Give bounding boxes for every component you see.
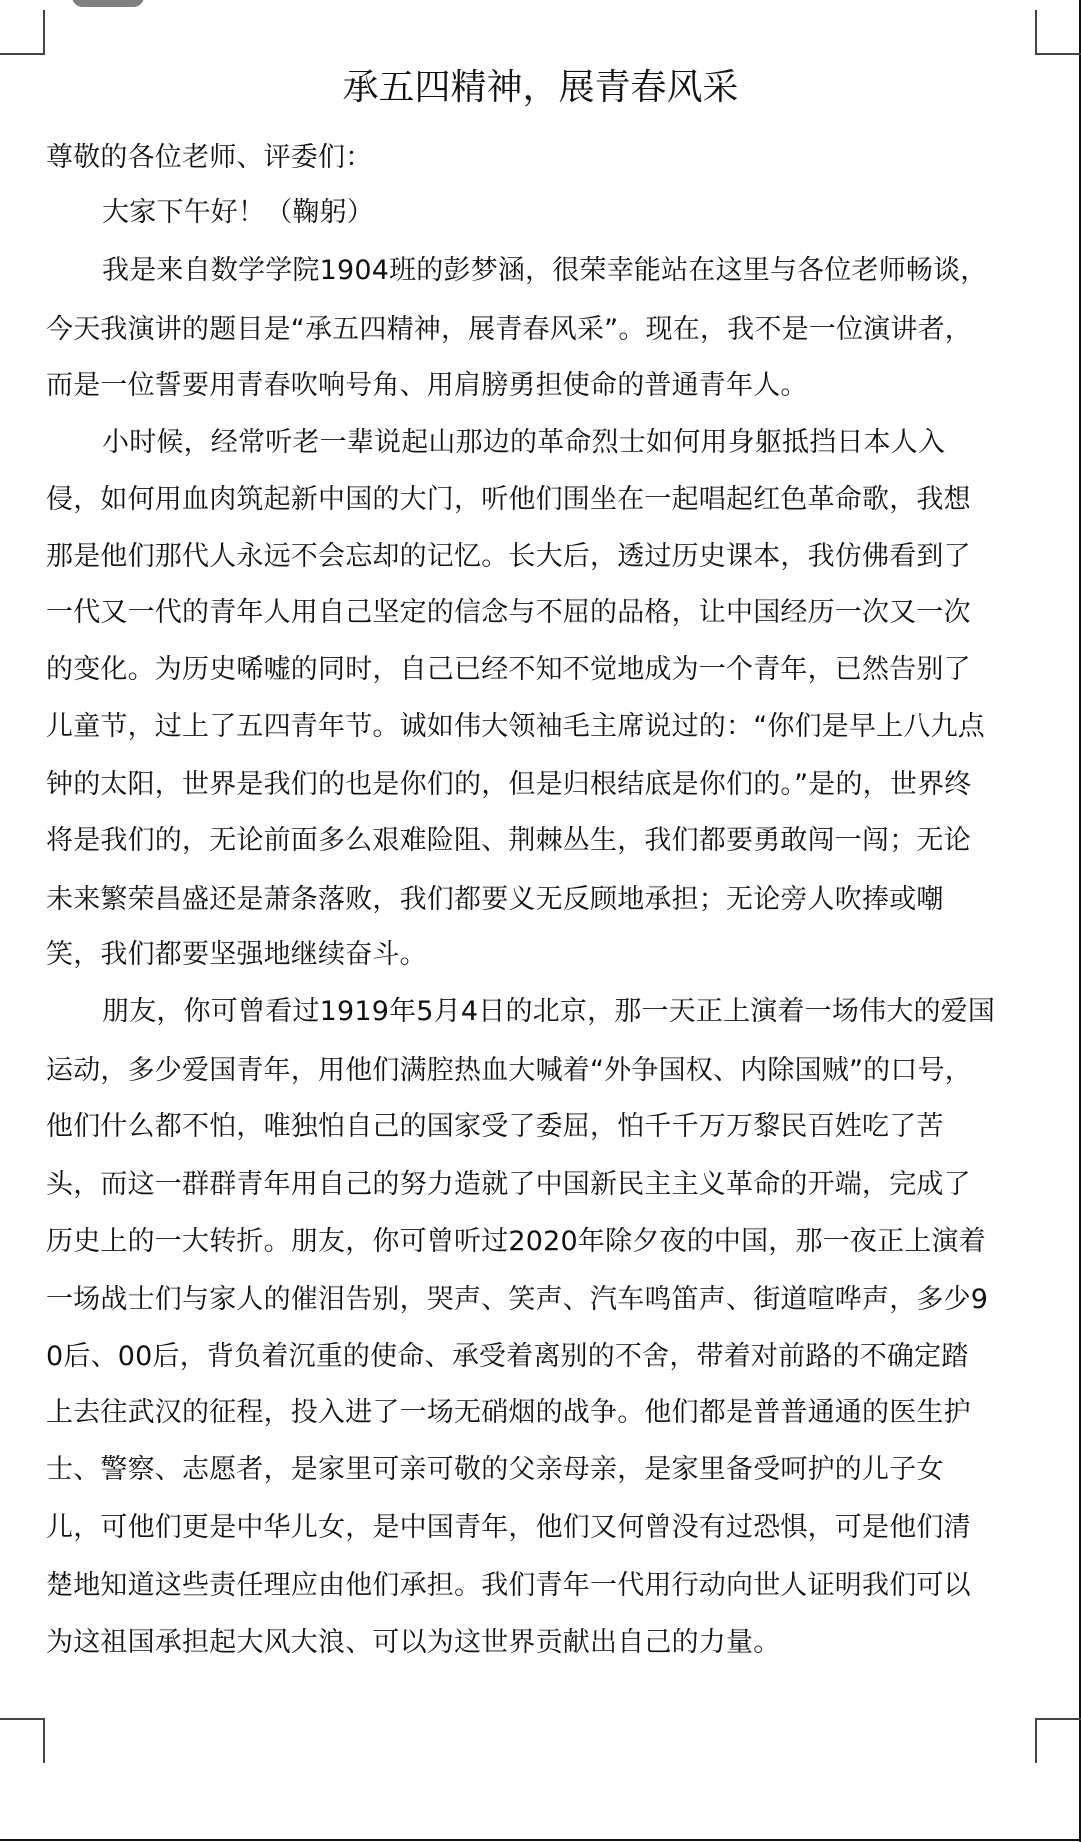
text-line: 一代又一代的青年人用自己坚定的信念与不屈的品格，让中国经历一次又一次 xyxy=(46,595,971,631)
text-line: 笑，我们都要坚强地继续奋斗。 xyxy=(46,937,427,973)
margin-corner-top-right xyxy=(1035,10,1081,55)
document-title: 承五四精神，展青春风采 xyxy=(0,66,1081,110)
text-line: 上去往武汉的征程，投入进了一场无硝烟的战争。他们都是普普通通的医生护 xyxy=(46,1395,971,1431)
text-line: 头，而这一群群青年用自己的努力造就了中国新民主主义革命的开端，完成了 xyxy=(46,1167,971,1203)
text-line: 楚地知道这些责任理应由他们承担。我们青年一代用行动向世人证明我们可以 xyxy=(46,1568,971,1604)
text-line: 钟的太阳，世界是我们的也是你们的，但是归根结底是你们的。”是的，世界终 xyxy=(46,767,972,803)
text-line: 他们什么都不怕，唯独怕自己的国家受了委屈，怕千千万万黎民百姓吃了苦 xyxy=(46,1109,944,1145)
text-line: 0后、00后，背负着沉重的使命、承受着离别的不舍，带着对前路的不确定踏 xyxy=(46,1339,969,1375)
text-line: 儿，可他们更是中华儿女，是中国青年，他们又何曾没有过恐惧，可是他们清 xyxy=(46,1510,971,1546)
text-line: 小时候，经常听老一辈说起山那边的革命烈士如何用身躯抵挡日本人入 xyxy=(102,425,945,461)
text-line: 历史上的一大转折。朋友，你可曾听过2020年除夕夜的中国，那一夜正上演着 xyxy=(46,1224,986,1260)
text-line: 将是我们的，无论前面多么艰难险阻、荆棘丛生，我们都要勇敢闯一闯；无论 xyxy=(46,823,971,859)
text-line: 我是来自数学学院1904班的彭梦涵，很荣幸能站在这里与各位老师畅谈， xyxy=(102,253,988,289)
margin-corner-bottom-left xyxy=(0,1718,45,1763)
text-line: 的变化。为历史唏嘘的同时，自己已经不知不觉地成为一个青年，已然告别了 xyxy=(46,652,971,688)
text-line: 为这祖国承担起大风大浪、可以为这世界贡献出自己的力量。 xyxy=(46,1625,780,1661)
text-line: 那是他们那代人永远不会忘却的记忆。长大后，透过历史课本，我仿佛看到了 xyxy=(46,539,971,575)
text-line: 儿童节，过上了五四青年节。诚如伟大领袖毛主席说过的：“你们是早上八九点 xyxy=(46,709,985,745)
text-line: 运动，多少爱国青年，用他们满腔热血大喊着“外争国权、内除国贼”的口号， xyxy=(46,1053,972,1089)
text-line: 士、警察、志愿者，是家里可亲可敬的父亲母亲，是家里备受呵护的儿子女 xyxy=(46,1452,944,1488)
scroll-handle[interactable] xyxy=(72,0,144,7)
margin-corner-top-left xyxy=(0,10,45,55)
margin-corner-bottom-right xyxy=(1035,1718,1081,1763)
text-line: 今天我演讲的题目是“承五四精神，展青春风采”。现在，我不是一位演讲者， xyxy=(46,312,972,348)
text-line: 而是一位誓要用青春吹响号角、用肩膀勇担使命的普通青年人。 xyxy=(46,368,808,404)
text-line: 侵，如何用血肉筑起新中国的大门，听他们围坐在一起唱起红色革命歌，我想 xyxy=(46,482,971,518)
text-line: 未来繁荣昌盛还是萧条落败，我们都要义无反顾地承担；无论旁人吹捧或嘲 xyxy=(46,882,944,918)
text-line: 一场战士们与家人的催泪告别，哭声、笑声、汽车鸣笛声、街道喧哗声，多少9 xyxy=(46,1282,988,1318)
text-line: 朋友，你可曾看过1919年5月4日的北京，那一天正上演着一场伟大的爱国 xyxy=(102,994,995,1030)
page-edge-bottom xyxy=(0,1839,1081,1841)
text-line: 尊敬的各位老师、评委们： xyxy=(46,140,372,176)
text-line: 大家下午好！（鞠躬） xyxy=(102,195,374,231)
